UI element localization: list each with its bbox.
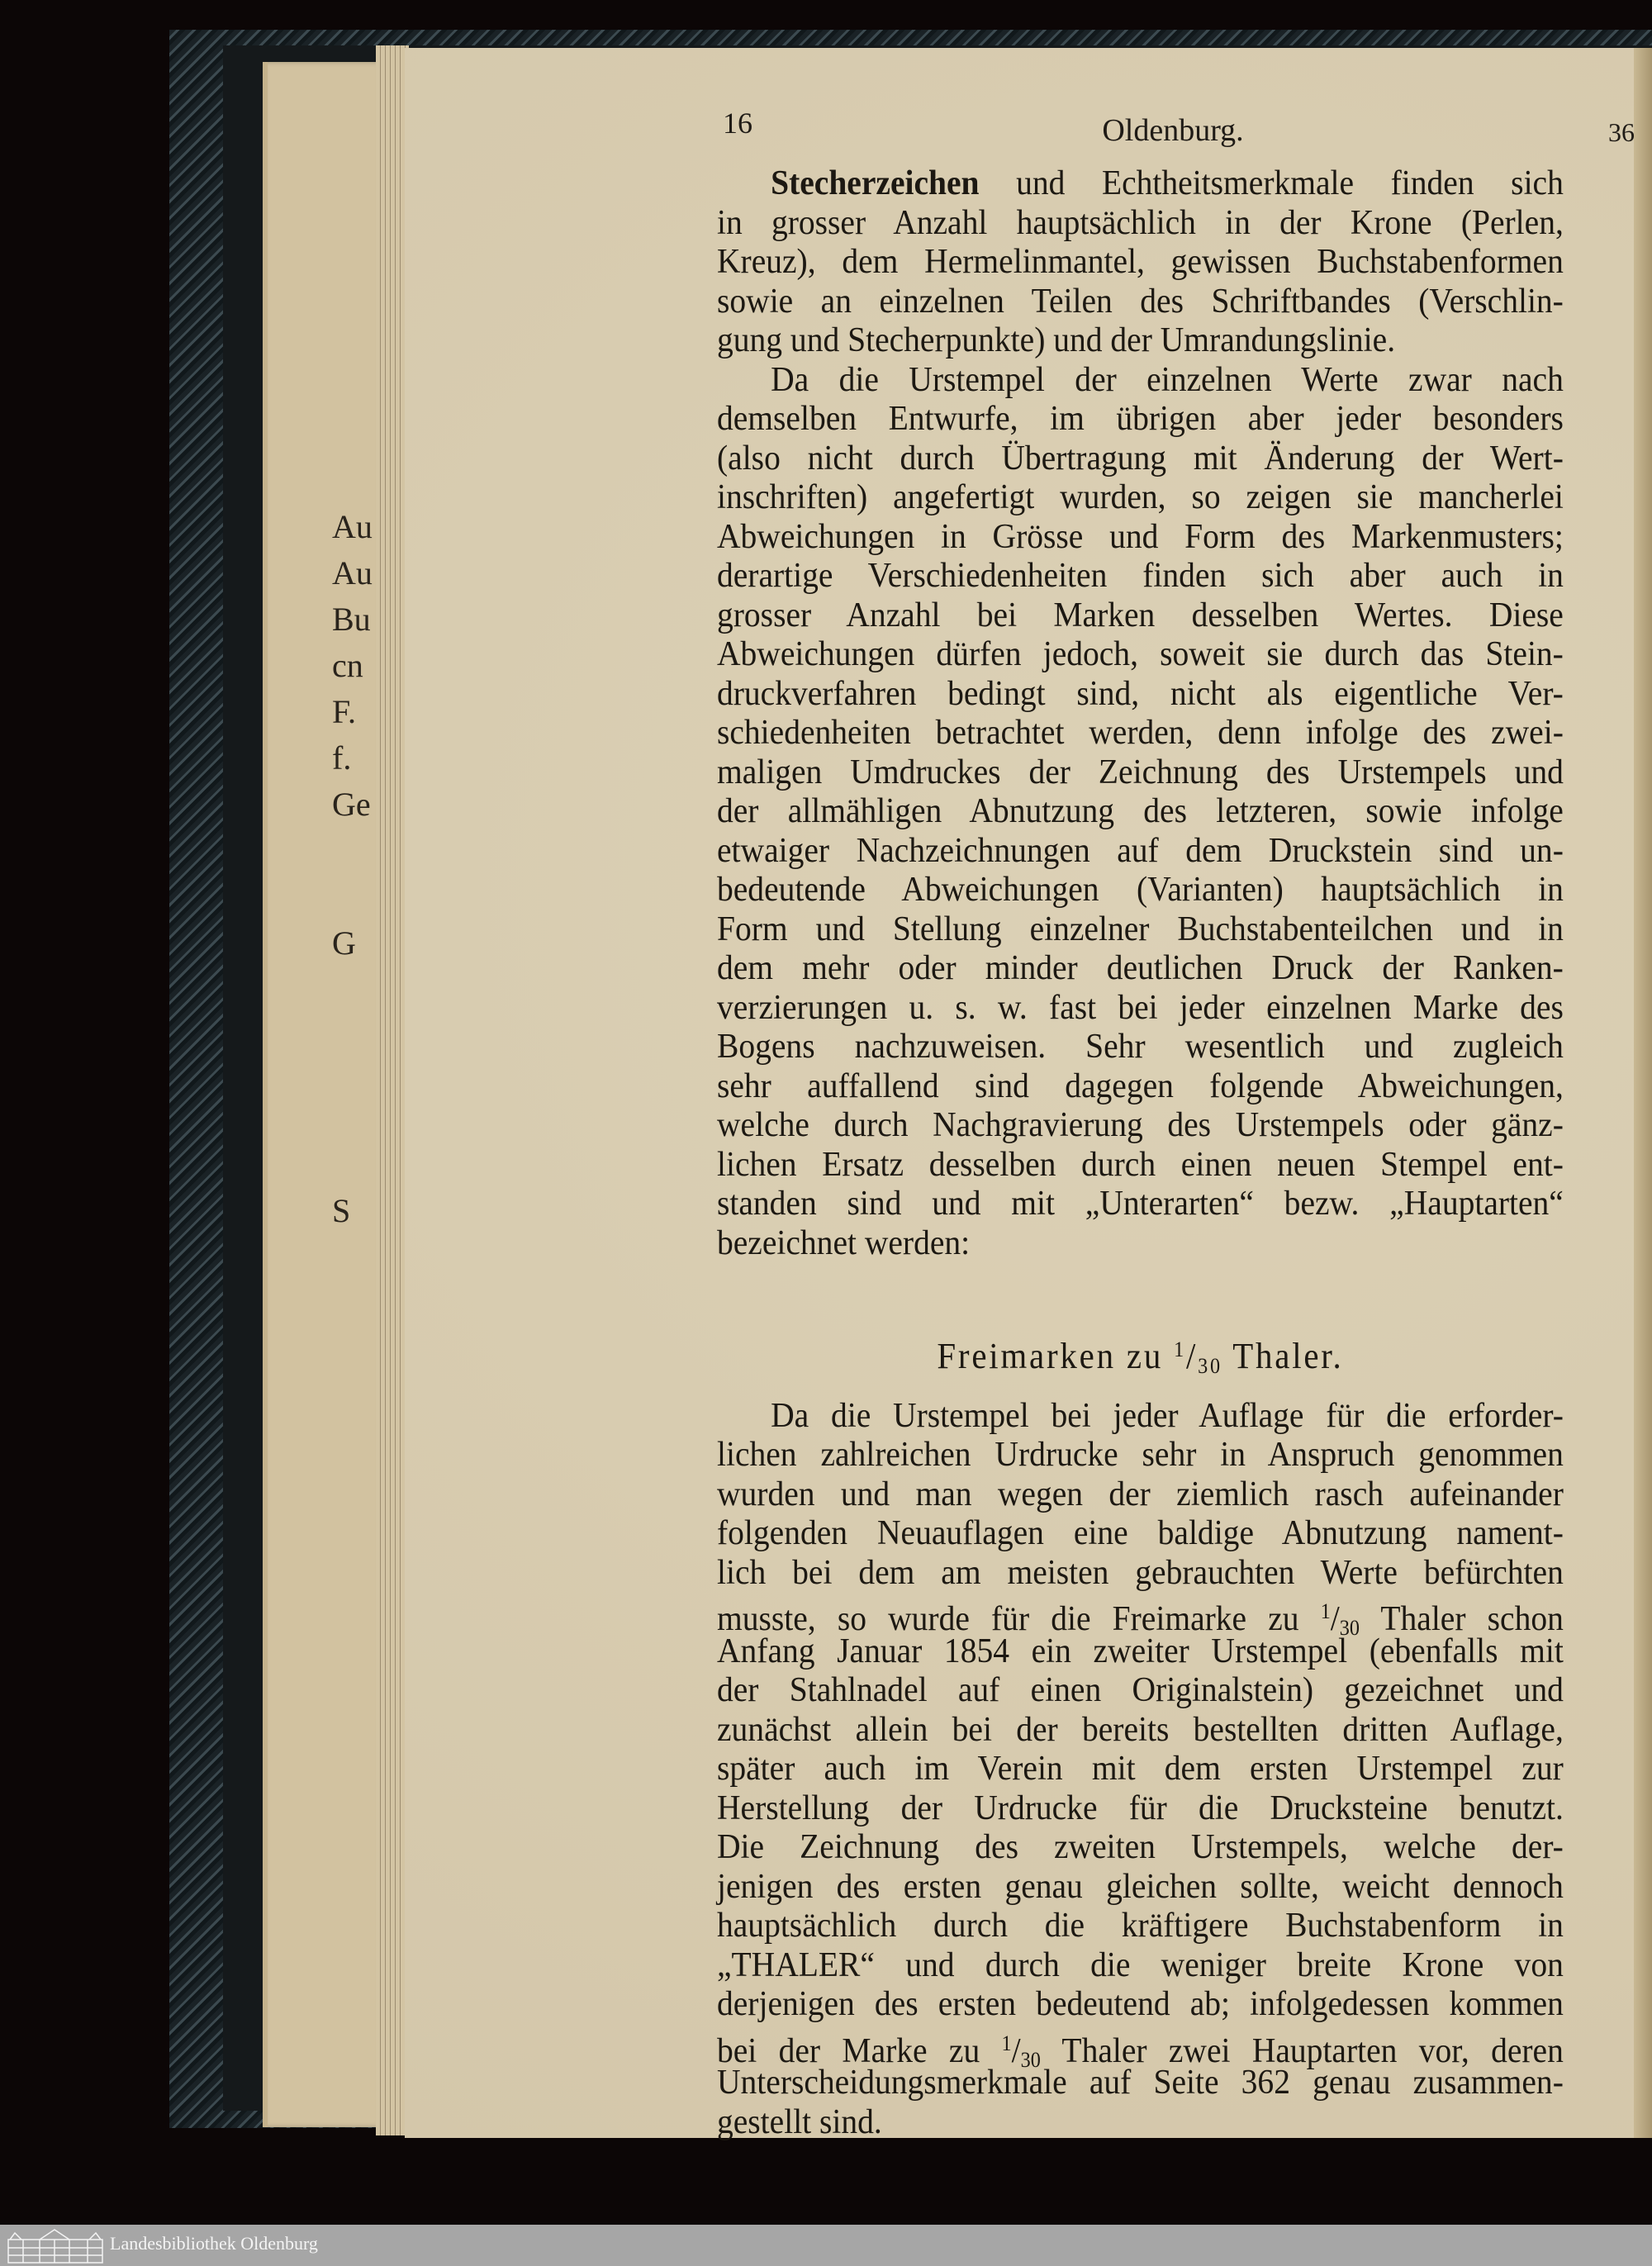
text-line: gestellt sind. [717,2102,1564,2142]
text-line: Kreuz), dem Hermelinmantel, gewissen Buc… [717,242,1564,282]
text-line: lichen Ersatz desselben durch einen neue… [717,1145,1564,1185]
previous-page-letter: Ge [332,781,382,828]
text-line: maligen Umdruckes der Zeichnung des Urst… [717,753,1564,792]
text-line: folgenden Neuauflagen eine baldige Abnut… [717,1513,1564,1553]
text-line: welche durch Nachgravierung des Urstempe… [717,1105,1564,1145]
fraction-numerator: 1 [1002,2031,1012,2055]
text-line: Unterscheidungsmerkmale auf Seite 362 ge… [717,2063,1564,2102]
fraction-denominator: 30 [1198,1354,1222,1378]
text-line: sowie an einzelnen Teilen des Schriftban… [717,282,1564,321]
text-line: lichen zahlreichen Urdrucke sehr in Ansp… [717,1435,1564,1475]
text-line: etwaiger Nachzeichnungen auf dem Druckst… [717,831,1564,871]
text-line: später auch im Verein mit dem ersten Urs… [717,1749,1564,1789]
text-line: der allmähligen Abnutzung des letzteren,… [717,791,1564,831]
text-line: Herstellung der Urdrucke für die Druckst… [717,1789,1564,1828]
text-line: lich bei dem am meisten gebrauchten Wert… [717,1553,1564,1593]
text-line: standen sind und mit „Unterarten“ bezw. … [717,1184,1564,1223]
fraction-numerator: 1 [1174,1337,1186,1361]
paragraph-stecherzeichen: Stecherzeichen und Echtheitsmerkmale fin… [717,164,1564,360]
text-line: Form und Stellung einzelner Buchstabente… [717,910,1564,949]
heading-text: Freimarken zu [937,1336,1174,1376]
previous-page-letter: F. [332,689,382,735]
body-text: Stecherzeichen und Echtheitsmerkmale fin… [717,164,1564,2141]
text-line: derjenigen des ersten bedeutend ab; info… [717,1984,1564,2024]
text-fragment: und Echtheitsmerkmale finden sich [980,164,1564,202]
text-line: Abweichungen dürfen jedoch, soweit sie d… [717,634,1564,674]
text-line: jenigen des ersten genau gleichen sollte… [717,1867,1564,1907]
text-line: in grosser Anzahl hauptsächlich in der K… [717,203,1564,243]
running-head: 16 Oldenburg. 360 [723,106,1623,147]
section-heading: Freimarken zu 1/30 Thaler. [717,1330,1564,1386]
book-page: 16 Oldenburg. 360 Stecherzeichen und Ech… [405,48,1634,2138]
library-name: Landesbibliothek Oldenburg [110,2233,318,2254]
text-line: zunächst allein bei der bereits bestellt… [717,1710,1564,1750]
footer-bar: Landesbibliothek Oldenburg [0,2225,1652,2266]
text-line: derartige Verschiedenheiten finden sich … [717,556,1564,596]
text-line: demselben Entwurfe, im übrigen aber jede… [717,399,1564,439]
text-line: Da die Urstempel bei jeder Auflage für d… [717,1396,1564,1436]
text-line: Da die Urstempel der einzelnen Werte zwa… [717,360,1564,400]
previous-page-letters: Au Au Bu cn F. f. Ge G S [332,504,382,1234]
text-line: verzierungen u. s. w. fast bei jeder ein… [717,988,1564,1028]
previous-page-letter: G [332,920,382,967]
previous-page-letter: S [332,1188,382,1234]
library-building-icon [7,2228,104,2264]
previous-page-letter: cn [332,643,382,689]
previous-page-letter: Au [332,504,382,550]
text-line: Anfang Januar 1854 ein zweiter Urstempel… [717,1632,1564,1671]
text-line: dem mehr oder minder deutlichen Druck de… [717,948,1564,988]
text-line: „THALER“ und durch die weniger breite Kr… [717,1945,1564,1985]
text-line: Abweichungen in Grösse und Form des Mark… [717,517,1564,557]
previous-page-letter: f. [332,735,382,781]
paragraph-freimarken: Da die Urstempel bei jeder Auflage für d… [717,1396,1564,2142]
text-line: gung und Stecherpunkte) und der Umrandun… [717,321,1564,360]
bold-lead-term: Stecherzeichen [771,164,979,202]
text-line: musste, so wurde für die Freimarke zu 1/… [717,1592,1564,1632]
text-line: bedeutende Abweichungen (Varianten) haup… [717,870,1564,910]
page-fore-edge [1634,48,1652,2138]
text-line: Bogens nachzuweisen. Sehr wesentlich und… [717,1027,1564,1066]
text-line: bei der Marke zu 1/30 Thaler zwei Haupta… [717,2024,1564,2064]
text-line: grosser Anzahl bei Marken desselben Wert… [717,596,1564,635]
text-line: sehr auffallend sind dagegen folgende Ab… [717,1066,1564,1106]
running-head-title: Oldenburg. [723,112,1623,149]
text-line: wurden und man wegen der ziemlich rasch … [717,1475,1564,1514]
text-line: Stecherzeichen und Echtheitsmerkmale fin… [717,164,1564,203]
previous-page-letter: Au [332,550,382,596]
text-line: der Stahlnadel auf einen Originalstein) … [717,1670,1564,1710]
text-line: inschriften) angefertigt wurden, so zeig… [717,477,1564,517]
text-line: druckverfahren bedingt sind, nicht als e… [717,674,1564,714]
text-line: bezeichnet werden: [717,1223,1564,1263]
fraction-numerator: 1 [1321,1599,1331,1623]
previous-page-letter: Bu [332,596,382,643]
text-line: (also nicht durch Übertragung mit Änderu… [717,439,1564,478]
text-line: schiedenheiten betrachtet werden, denn i… [717,713,1564,753]
heading-text: Thaler. [1222,1336,1344,1376]
page-stack-edges [376,45,409,2135]
text-line: hauptsächlich durch die kräftigere Buchs… [717,1906,1564,1945]
text-line: Die Zeichnung des zweiten Urstempels, we… [717,1827,1564,1867]
paragraph-urstempel: Da die Urstempel der einzelnen Werte zwa… [717,360,1564,1263]
